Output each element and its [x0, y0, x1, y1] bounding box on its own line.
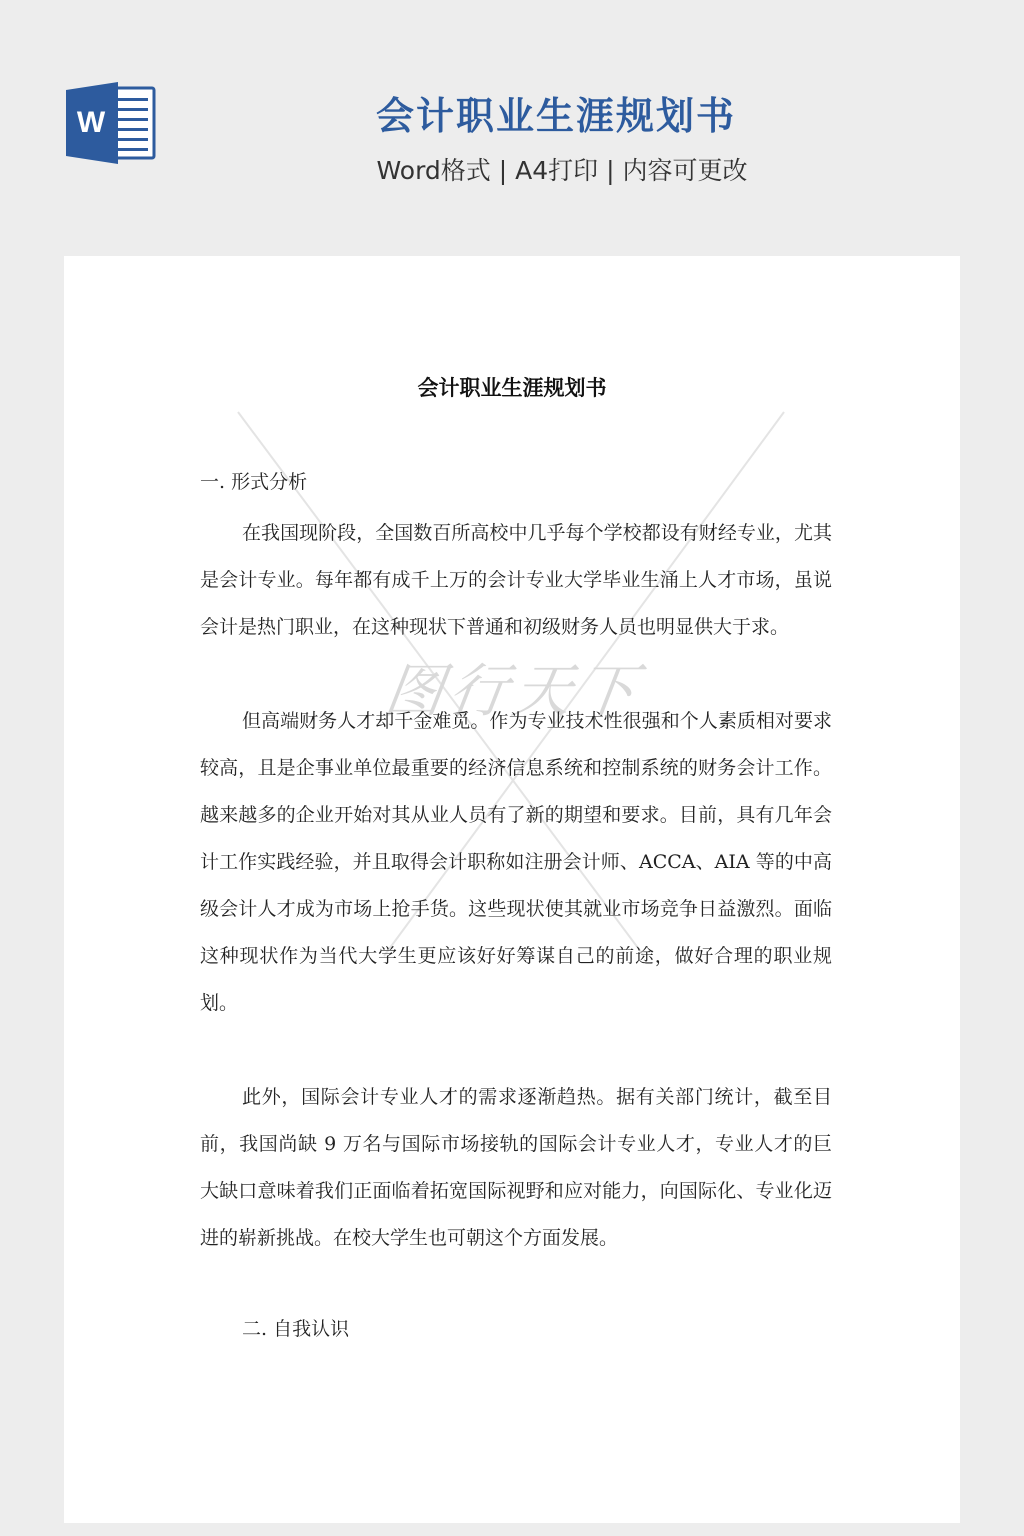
document-body: 一. 形式分析 在我国现阶段，全国数百所高校中几乎每个学校都设有财经专业，尤其是… — [200, 462, 832, 1349]
document-title: 会计职业生涯规划书 — [64, 372, 960, 402]
header-banner: W 会计职业生涯规划书 Word格式 | A4打印 | 内容可更改 — [0, 0, 1024, 256]
paragraph: 此外，国际会计专业人才的需求逐渐趋热。据有关部门统计，截至目前，我国尚缺 9 万… — [200, 1074, 832, 1262]
section-heading-form-analysis: 一. 形式分析 — [200, 462, 832, 502]
paragraph: 但高端财务人才却千金难觅。作为专业技术性很强和个人素质相对要求较高，且是企事业单… — [200, 698, 832, 1027]
banner-subtitle: Word格式 | A4打印 | 内容可更改 — [0, 154, 1024, 188]
document-page: 图行天下 会计职业生涯规划书 一. 形式分析 在我国现阶段，全国数百所高校中几乎… — [64, 256, 960, 1523]
section-heading-self-awareness: 二. 自我认识 — [200, 1309, 832, 1349]
paragraph: 在我国现阶段，全国数百所高校中几乎每个学校都设有财经专业，尤其是会计专业。每年都… — [200, 510, 832, 651]
banner-title: 会计职业生涯规划书 — [0, 92, 1024, 140]
